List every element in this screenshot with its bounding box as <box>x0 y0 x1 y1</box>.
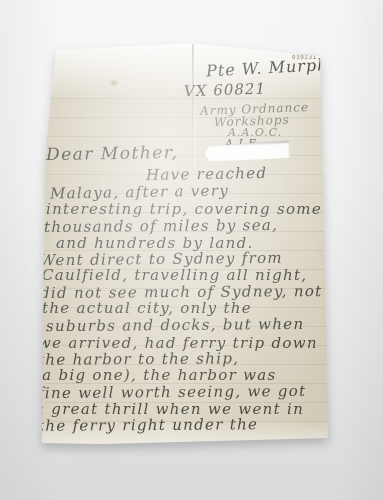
letter-line: the actual city, only the <box>42 301 252 316</box>
letter-line: Malaya, after a very <box>50 183 229 201</box>
censor-cut-out-hole <box>204 141 291 163</box>
letter-line: (a big one), the harbor was <box>35 368 277 383</box>
letter-paper: 039231 Pte W. Murphy VX 60821 Army Ordna… <box>40 42 331 446</box>
salutation-line: Dear Mother, <box>46 145 179 164</box>
opening-line: Have reached <box>146 166 268 183</box>
letter-paper-wrap: 039231 Pte W. Murphy VX 60821 Army Ordna… <box>40 42 331 446</box>
stain-mark <box>109 79 119 87</box>
letter-line: fine well worth seeing, we got <box>38 384 307 401</box>
letter-line: Caulfield, travelling all night, <box>42 268 307 283</box>
letter-line: interesting trip, covering some <box>46 202 322 217</box>
fold-crease <box>192 44 194 169</box>
header-line-service-number: VX 60821 <box>184 82 266 100</box>
letter-line: thousands of miles by sea, <box>44 218 278 235</box>
letter-line: a great thrill when we went in <box>35 402 304 417</box>
letter-line: the ferry right under the <box>38 417 258 434</box>
letter-line: suburbs and docks, but when <box>46 317 305 334</box>
letter-photograph: 039231 Pte W. Murphy VX 60821 Army Ordna… <box>0 0 383 500</box>
header-line-rank-name: Pte W. Murphy <box>206 57 339 80</box>
